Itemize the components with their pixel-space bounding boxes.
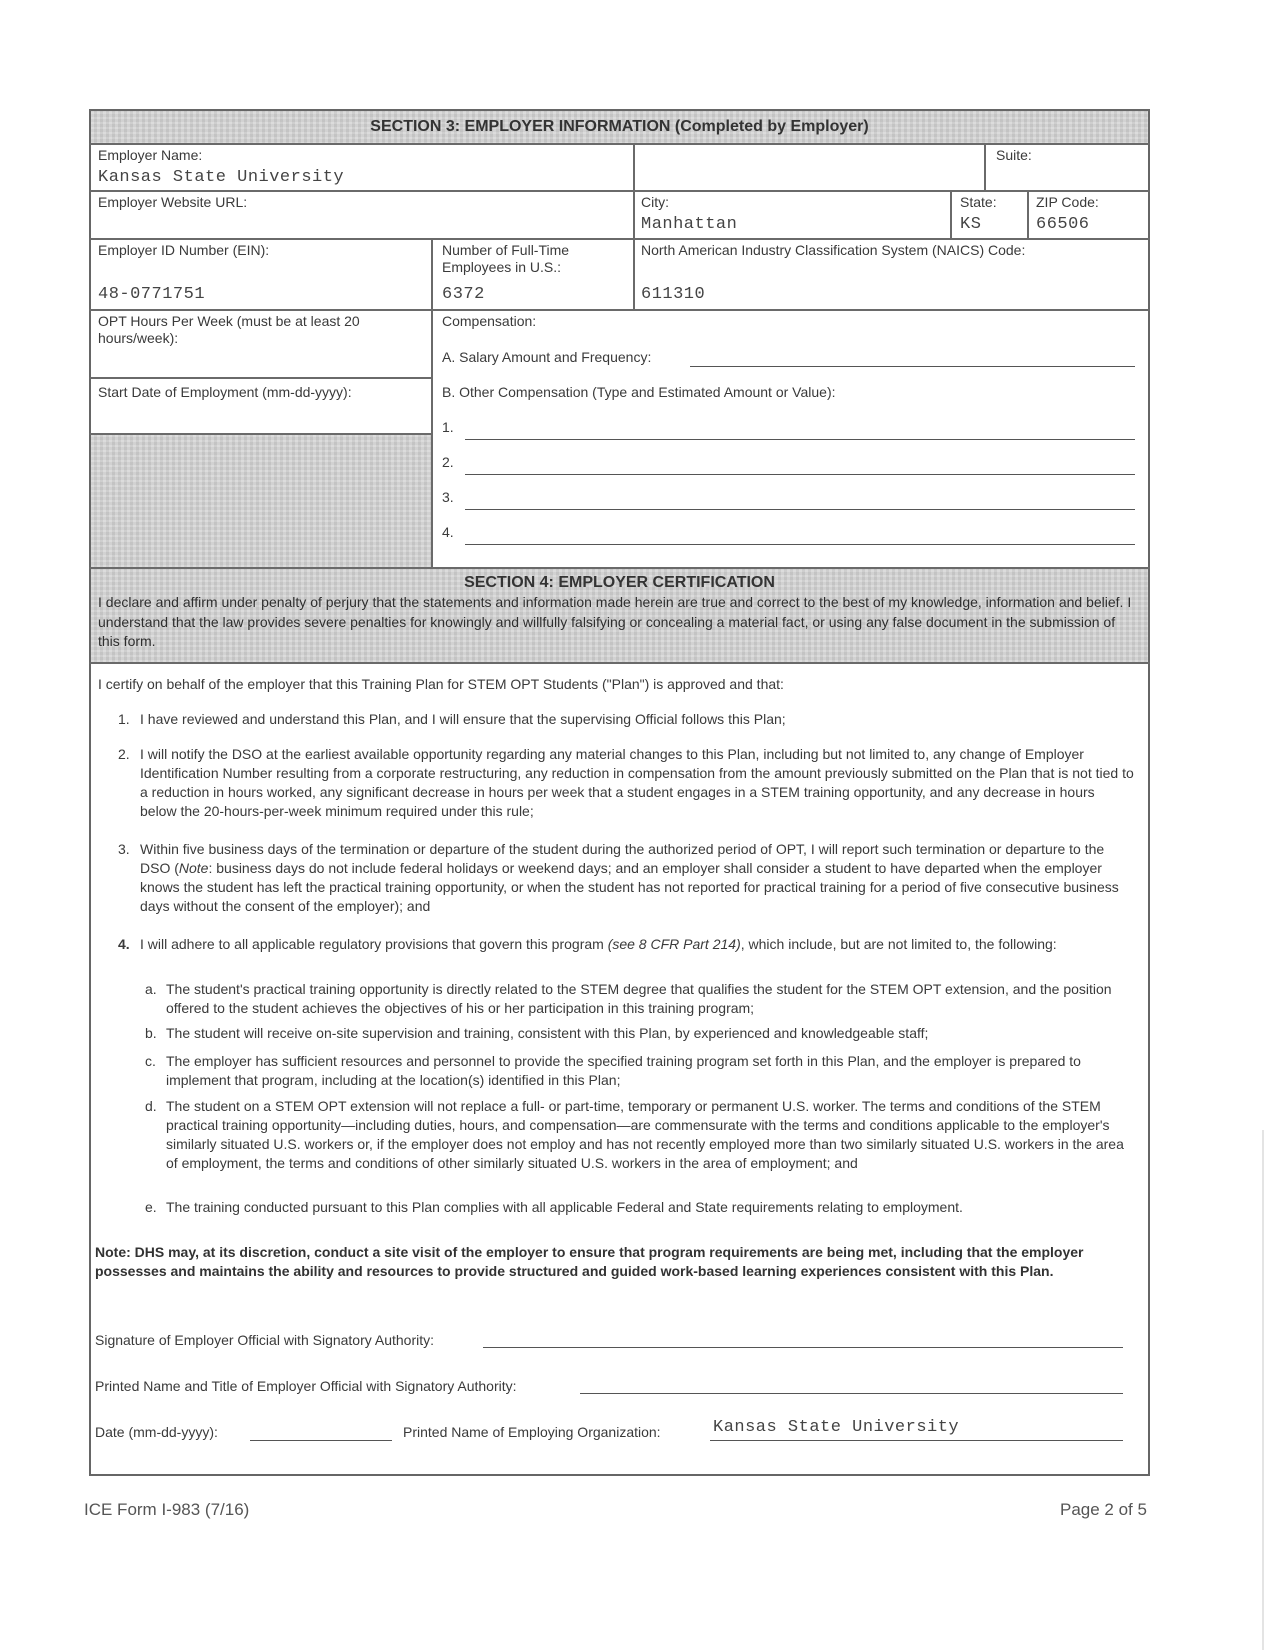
website-field[interactable] — [98, 215, 623, 235]
certification-subitem-c: The employer has sufficient resources an… — [166, 1052, 1134, 1090]
opt-hours-label-line1: OPT Hours Per Week (must be at least 20 — [98, 313, 360, 329]
item-number: 3. — [118, 840, 130, 859]
subitem-letter: a. — [145, 980, 157, 999]
suite-label: Suite: — [996, 147, 1032, 164]
certification-intro: I certify on behalf of the employer that… — [98, 675, 1138, 694]
salary-field[interactable] — [690, 345, 1135, 365]
subitem-letter: e. — [145, 1198, 157, 1217]
page-number: Page 2 of 5 — [1060, 1500, 1147, 1520]
certification-item-4: I will adhere to all applicable regulato… — [140, 935, 1135, 954]
declaration-text: I declare and affirm under penalty of pe… — [98, 593, 1138, 652]
divider — [633, 190, 635, 238]
fulltime-label-line1: Number of Full-Time — [442, 242, 569, 258]
salary-label: A. Salary Amount and Frequency: — [442, 349, 651, 366]
subitem-letter: b. — [145, 1024, 157, 1043]
other-comp-field-4[interactable] — [465, 520, 1135, 540]
text: , which include, but are not limited to,… — [741, 936, 1057, 952]
start-date-label: Start Date of Employment (mm-dd-yyyy): — [98, 384, 352, 401]
other-compensation-label: B. Other Compensation (Type and Estimate… — [442, 384, 836, 401]
zip-label: ZIP Code: — [1036, 194, 1099, 211]
certification-item-3: Within five business days of the termina… — [140, 840, 1135, 916]
divider — [89, 190, 1150, 192]
divider — [89, 309, 1150, 311]
divider — [633, 143, 635, 190]
printed-name-field[interactable] — [580, 1372, 1123, 1392]
signature-label: Signature of Employer Official with Sign… — [95, 1332, 434, 1349]
certification-subitem-b: The student will receive on-site supervi… — [166, 1024, 1134, 1043]
city-label: City: — [641, 194, 669, 211]
italic-note: Note — [179, 860, 209, 876]
other-comp-underline — [465, 474, 1135, 475]
text: I will adhere to all applicable regulato… — [140, 936, 608, 952]
divider — [89, 238, 1150, 240]
naics-label: North American Industry Classification S… — [641, 242, 1025, 259]
ein-field[interactable]: 48-0771751 — [98, 285, 205, 304]
printed-name-underline — [580, 1393, 1123, 1394]
other-comp-field-2[interactable] — [465, 450, 1135, 470]
item-number: 1. — [118, 710, 130, 729]
scan-edge — [1262, 1130, 1264, 1650]
other-comp-underline — [465, 439, 1135, 440]
employer-name-field[interactable]: Kansas State University — [98, 168, 344, 187]
other-comp-num: 4. — [442, 524, 454, 541]
naics-field[interactable]: 611310 — [641, 285, 705, 304]
fulltime-label-line2: Employees in U.S.: — [442, 259, 561, 275]
subitem-letter: c. — [145, 1052, 156, 1071]
other-comp-underline — [465, 509, 1135, 510]
opt-hours-label-line2: hours/week): — [98, 330, 178, 346]
city-field[interactable]: Manhattan — [641, 215, 737, 234]
fulltime-employees-field[interactable]: 6372 — [442, 285, 485, 304]
item-number: 4. — [118, 935, 130, 954]
divider — [633, 238, 635, 309]
organization-field[interactable]: Kansas State University — [713, 1418, 959, 1437]
dhs-note: Note: DHS may, at its discretion, conduc… — [95, 1243, 1140, 1281]
other-comp-num: 2. — [442, 454, 454, 471]
divider — [89, 377, 433, 379]
employer-name-label: Employer Name: — [98, 147, 202, 164]
ein-label: Employer ID Number (EIN): — [98, 242, 269, 259]
shaded-blank-area — [91, 435, 431, 567]
form-id: ICE Form I-983 (7/16) — [84, 1500, 249, 1520]
certification-subitem-a: The student's practical training opportu… — [166, 980, 1134, 1018]
other-comp-num: 3. — [442, 489, 454, 506]
other-comp-field-1[interactable] — [465, 415, 1135, 435]
text: : business days do not include federal h… — [140, 860, 1119, 914]
other-comp-field-3[interactable] — [465, 485, 1135, 505]
divider — [89, 662, 1150, 664]
opt-hours-field[interactable] — [98, 352, 418, 372]
item-number: 2. — [118, 745, 130, 764]
other-comp-underline — [465, 544, 1135, 545]
date-underline — [250, 1440, 392, 1441]
certification-item-1: I have reviewed and understand this Plan… — [140, 710, 1130, 729]
date-field[interactable] — [250, 1418, 392, 1438]
date-label: Date (mm-dd-yyyy): — [95, 1424, 218, 1441]
divider — [431, 309, 433, 567]
signature-underline — [483, 1347, 1123, 1348]
printed-name-label: Printed Name and Title of Employer Offic… — [95, 1378, 517, 1395]
section4-title: SECTION 4: EMPLOYER CERTIFICATION — [0, 574, 1239, 592]
fulltime-label: Number of Full-Time Employees in U.S.: — [442, 242, 569, 276]
state-field[interactable]: KS — [960, 215, 981, 234]
organization-label: Printed Name of Employing Organization: — [403, 1424, 661, 1441]
website-label: Employer Website URL: — [98, 194, 247, 211]
zip-field[interactable]: 66506 — [1036, 215, 1090, 234]
divider — [950, 190, 952, 238]
opt-hours-label: OPT Hours Per Week (must be at least 20 … — [98, 313, 360, 347]
section3-title: SECTION 3: EMPLOYER INFORMATION (Complet… — [0, 118, 1239, 136]
state-label: State: — [960, 194, 997, 211]
italic-citation: (see 8 CFR Part 214) — [608, 936, 741, 952]
start-date-field[interactable] — [98, 410, 418, 430]
compensation-label: Compensation: — [442, 313, 536, 330]
salary-underline — [690, 366, 1135, 367]
divider — [431, 238, 433, 309]
other-comp-num: 1. — [442, 419, 454, 436]
suite-field[interactable] — [996, 168, 1144, 188]
divider — [1027, 190, 1029, 238]
signature-field[interactable] — [483, 1326, 1123, 1346]
divider — [89, 143, 1150, 145]
street-address-field[interactable] — [641, 168, 981, 188]
certification-subitem-d: The student on a STEM OPT extension will… — [166, 1097, 1134, 1173]
organization-underline — [710, 1440, 1123, 1441]
divider — [984, 143, 986, 190]
subitem-letter: d. — [145, 1097, 157, 1116]
certification-subitem-e: The training conducted pursuant to this … — [166, 1198, 1134, 1217]
certification-item-2: I will notify the DSO at the earliest av… — [140, 745, 1135, 821]
